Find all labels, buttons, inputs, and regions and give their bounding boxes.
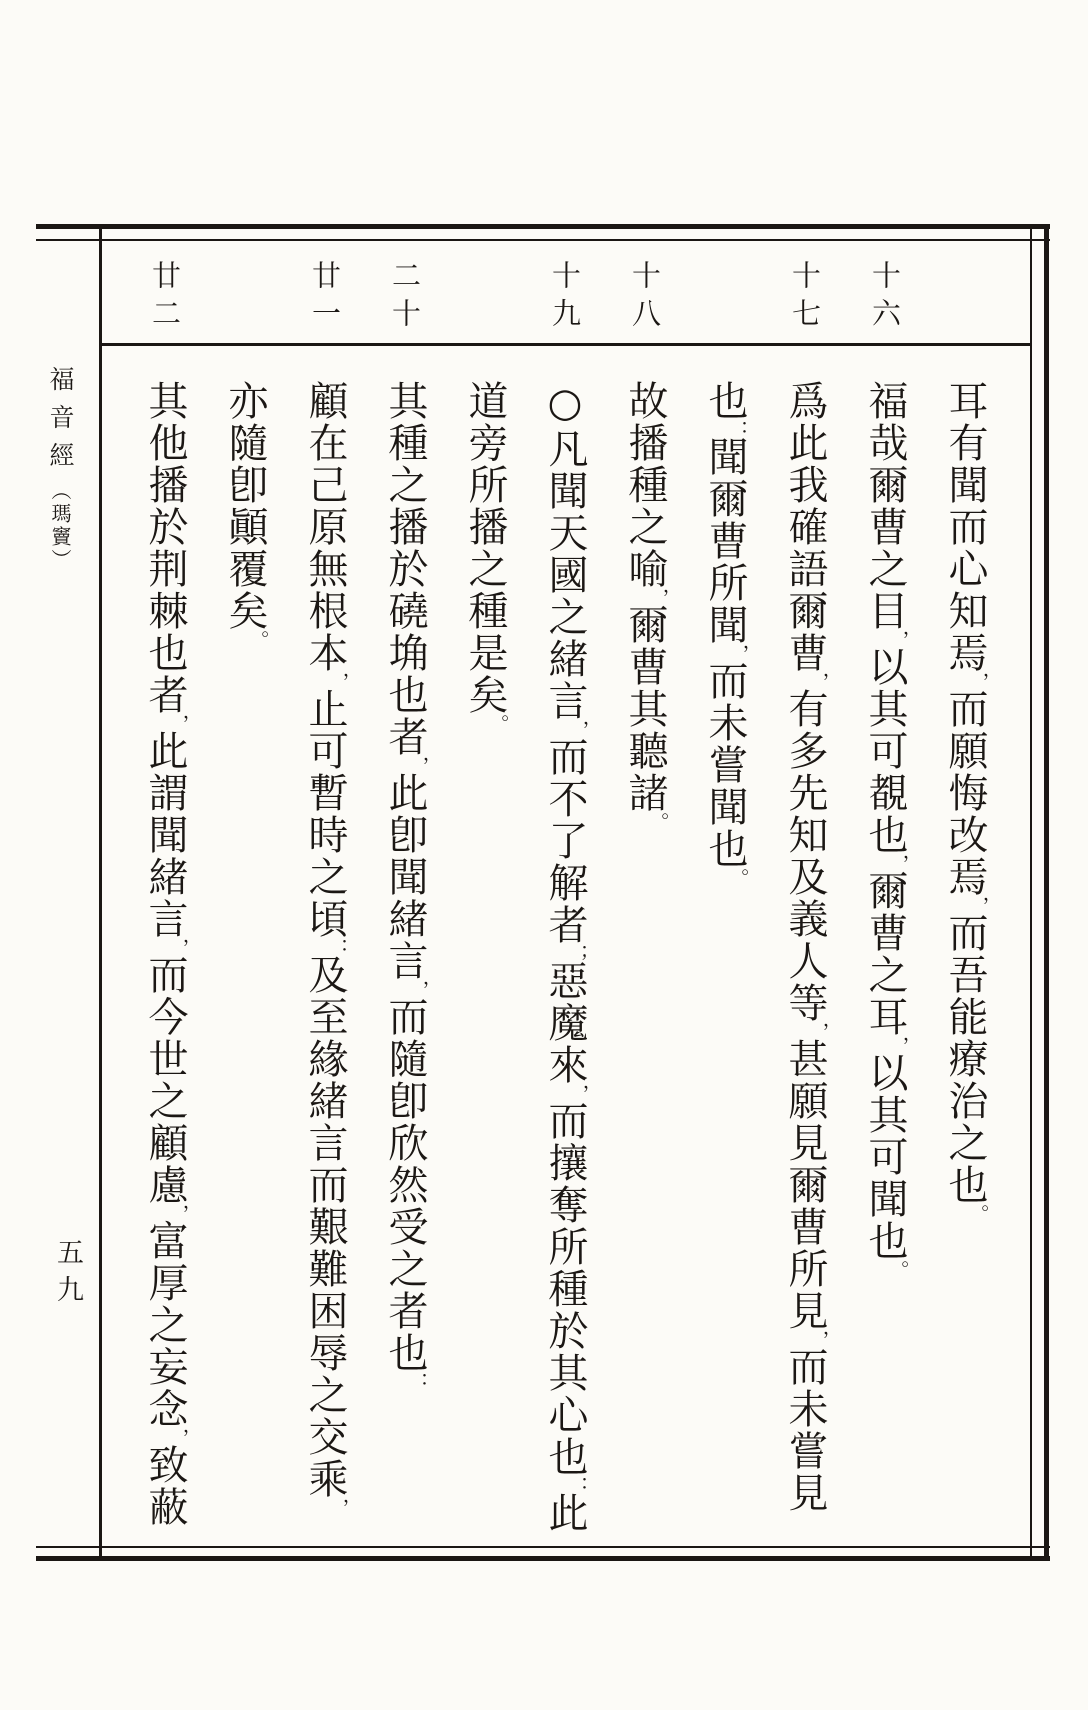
verse-number-empty xyxy=(205,260,285,341)
frame-bottom-inner-line xyxy=(36,1546,1050,1548)
text-column: 故播種之喻，爾曹其聽諸。 xyxy=(605,380,685,1546)
verse-number: 十八 xyxy=(605,260,685,341)
frame-bottom-outer-line xyxy=(36,1556,1050,1561)
text-column: 福哉爾曹之目，以其可覩也，爾曹之耳，以其可聞也。 xyxy=(845,380,925,1546)
verse-number-empty xyxy=(685,260,765,341)
verse-header-row: 十六十七十八十九二十廿一廿二 xyxy=(102,247,1030,341)
text-column: 耳有聞而心知焉，而願悔改焉，而吾能療治之也。 xyxy=(925,380,1005,1546)
verse-number: 十七 xyxy=(765,260,845,341)
frame-top-inner-line xyxy=(36,239,1050,241)
book-title-main: 福音經 xyxy=(46,366,75,480)
scanned-book-page: 十六十七十八十九二十廿一廿二 耳有聞而心知焉，而願悔改焉，而吾能療治之也。福哉爾… xyxy=(0,0,1088,1710)
frame-right-inner-line xyxy=(1030,224,1032,1561)
verse-number: 廿二 xyxy=(125,260,205,341)
verse-number: 十六 xyxy=(845,260,925,341)
text-column: 其他播於荆棘也者，此謂聞緒言，而今世之顧慮，富厚之妄念，致蔽 xyxy=(125,380,205,1546)
text-column: ○凡聞天國之緒言，而不了解者；惡魔來，而攘奪所種於其心也：此 xyxy=(525,380,605,1546)
text-column: 顧在己原無根本，止可暫時之頃：及至緣緒言而艱難困辱之交乘， xyxy=(285,380,365,1546)
verse-number: 廿一 xyxy=(285,260,365,341)
verse-number-empty xyxy=(445,260,525,341)
text-column: 也：聞爾曹所聞，而未嘗聞也。 xyxy=(685,380,765,1546)
frame-right-outer-line xyxy=(1044,224,1049,1561)
frame-top-outer-line xyxy=(36,224,1050,229)
page-number: 五九 xyxy=(48,1238,87,1312)
text-column: 其種之播於磽埆也者，此卽聞緒言，而隨卽欣然受之者也： xyxy=(365,380,445,1546)
text-column: 爲此我確語爾曹，有多先知及義人等，甚願見爾曹所見，而未嘗見 xyxy=(765,380,845,1546)
verse-number-empty xyxy=(925,260,1005,341)
verse-number: 十九 xyxy=(525,260,605,341)
text-column: 道旁所播之種是矣。 xyxy=(445,380,525,1546)
text-column: 亦隨卽顚覆矣。 xyxy=(205,380,285,1546)
book-title-subtitle: （瑪竇） xyxy=(48,480,72,572)
text-body: 耳有聞而心知焉，而願悔改焉，而吾能療治之也。福哉爾曹之目，以其可覩也，爾曹之耳，… xyxy=(102,346,1030,1546)
verse-number: 二十 xyxy=(365,260,445,341)
book-title: 福音經（瑪竇） xyxy=(42,366,78,572)
